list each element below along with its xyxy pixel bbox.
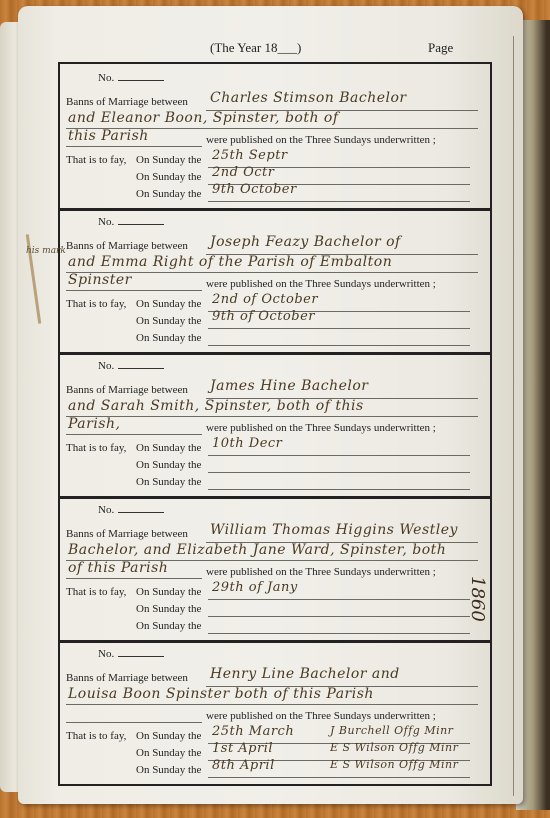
on-sunday-label: On Sunday the — [136, 586, 201, 598]
sunday-date: 8th April — [212, 758, 275, 773]
on-sunday-label: On Sunday the — [136, 620, 201, 632]
on-sunday-label: On Sunday the — [136, 764, 201, 776]
rule — [208, 489, 470, 490]
sunday-date: 25th Septr — [212, 148, 288, 163]
margin-note: his mark — [26, 246, 66, 256]
published-label: were published on the Three Sundays unde… — [206, 278, 436, 290]
banns-entry: No.Banns of Marriage betweenwere publish… — [60, 208, 490, 355]
page-fold-line — [513, 36, 514, 796]
banns-label: Banns of Marriage between — [66, 384, 188, 396]
year-label: (The Year 18___) — [210, 40, 301, 56]
on-sunday-label: On Sunday the — [136, 315, 201, 327]
rule — [208, 777, 470, 778]
officiant-signature: J Burchell Offg Minr — [330, 724, 453, 737]
banns-entry: No.Banns of Marriage betweenwere publish… — [60, 640, 490, 784]
rule — [208, 599, 470, 600]
names-line-2: and Emma Right of the Parish of Embalton — [68, 254, 392, 270]
rule — [66, 704, 478, 705]
names-line-3: Spinster — [68, 272, 132, 288]
officiant-signature: E S Wilson Offg Minr — [330, 758, 458, 771]
published-label: were published on the Three Sundays unde… — [206, 422, 436, 434]
that-is-label: That is to fay, — [66, 298, 126, 310]
on-sunday-label: On Sunday the — [136, 298, 201, 310]
sunday-date: 1st April — [212, 741, 273, 756]
that-is-label: That is to fay, — [66, 442, 126, 454]
names-line-1: Henry Line Bachelor and — [210, 666, 400, 682]
banns-label: Banns of Marriage between — [66, 96, 188, 108]
names-line-3: Parish, — [68, 416, 120, 432]
on-sunday-label: On Sunday the — [136, 476, 201, 488]
rule — [66, 722, 202, 723]
names-line-3: of this Parish — [68, 560, 168, 576]
on-sunday-label: On Sunday the — [136, 603, 201, 615]
on-sunday-label: On Sunday the — [136, 459, 201, 471]
entry-number-label: No. — [98, 216, 164, 228]
banns-label: Banns of Marriage between — [66, 672, 188, 684]
rule — [208, 345, 470, 346]
sunday-date: 10th Decr — [212, 436, 282, 451]
banns-entry: No.Banns of Marriage betweenwere publish… — [60, 496, 490, 643]
sunday-date: 25th March — [212, 724, 294, 739]
entry-number-blank — [118, 224, 164, 225]
entry-number-blank — [118, 656, 164, 657]
names-line-3: this Parish — [68, 128, 149, 144]
sunday-date: 2nd Octr — [212, 165, 274, 180]
on-sunday-label: On Sunday the — [136, 188, 201, 200]
rule — [66, 578, 202, 579]
entry-number-label: No. — [98, 72, 164, 84]
sunday-date: 29th of Jany — [212, 580, 298, 595]
entry-number-label: No. — [98, 504, 164, 516]
names-line-2: and Sarah Smith, Spinster, both of this — [68, 398, 364, 414]
names-line-1: Joseph Feazy Bachelor of — [210, 234, 401, 250]
banns-entry: No.Banns of Marriage betweenwere publish… — [60, 64, 490, 211]
entry-number-blank — [118, 368, 164, 369]
entry-number-blank — [118, 512, 164, 513]
on-sunday-label: On Sunday the — [136, 730, 201, 742]
banns-frame: No.Banns of Marriage betweenwere publish… — [58, 62, 492, 786]
register-page: (The Year 18___) Page 1860 No.Banns of M… — [18, 6, 523, 804]
rule — [208, 455, 470, 456]
published-label: were published on the Three Sundays unde… — [206, 134, 436, 146]
rule — [66, 290, 202, 291]
that-is-label: That is to fay, — [66, 730, 126, 742]
entry-number-label: No. — [98, 648, 164, 660]
on-sunday-label: On Sunday the — [136, 154, 201, 166]
entry-number-label: No. — [98, 360, 164, 372]
that-is-label: That is to fay, — [66, 154, 126, 166]
on-sunday-label: On Sunday the — [136, 747, 201, 759]
rule — [208, 328, 470, 329]
on-sunday-label: On Sunday the — [136, 171, 201, 183]
rule — [208, 633, 470, 634]
on-sunday-label: On Sunday the — [136, 332, 201, 344]
rule — [66, 416, 478, 417]
published-label: were published on the Three Sundays unde… — [206, 566, 436, 578]
published-label: were published on the Three Sundays unde… — [206, 710, 436, 722]
officiant-signature: E S Wilson Offg Minr — [330, 741, 458, 754]
entry-number-blank — [118, 80, 164, 81]
names-line-2: Louisa Boon Spinster both of this Parish — [68, 686, 374, 702]
sunday-date: 9th October — [212, 182, 297, 197]
sunday-date: 2nd of October — [212, 292, 318, 307]
rule — [66, 434, 202, 435]
rule — [208, 201, 470, 202]
sunday-date: 9th of October — [212, 309, 315, 324]
banns-entry: No.Banns of Marriage betweenwere publish… — [60, 352, 490, 499]
banns-label: Banns of Marriage between — [66, 240, 188, 252]
rule — [208, 472, 470, 473]
that-is-label: That is to fay, — [66, 586, 126, 598]
names-line-2: and Eleanor Boon, Spinster, both of — [68, 110, 339, 126]
banns-label: Banns of Marriage between — [66, 528, 188, 540]
names-line-1: James Hine Bachelor — [210, 378, 368, 394]
names-line-1: Charles Stimson Bachelor — [210, 90, 407, 106]
names-line-2: Bachelor, and Elizabeth Jane Ward, Spins… — [68, 542, 446, 558]
rule — [66, 146, 202, 147]
rule — [208, 616, 470, 617]
names-line-1: William Thomas Higgins Westley — [210, 522, 458, 538]
on-sunday-label: On Sunday the — [136, 442, 201, 454]
page-label: Page — [428, 40, 453, 56]
